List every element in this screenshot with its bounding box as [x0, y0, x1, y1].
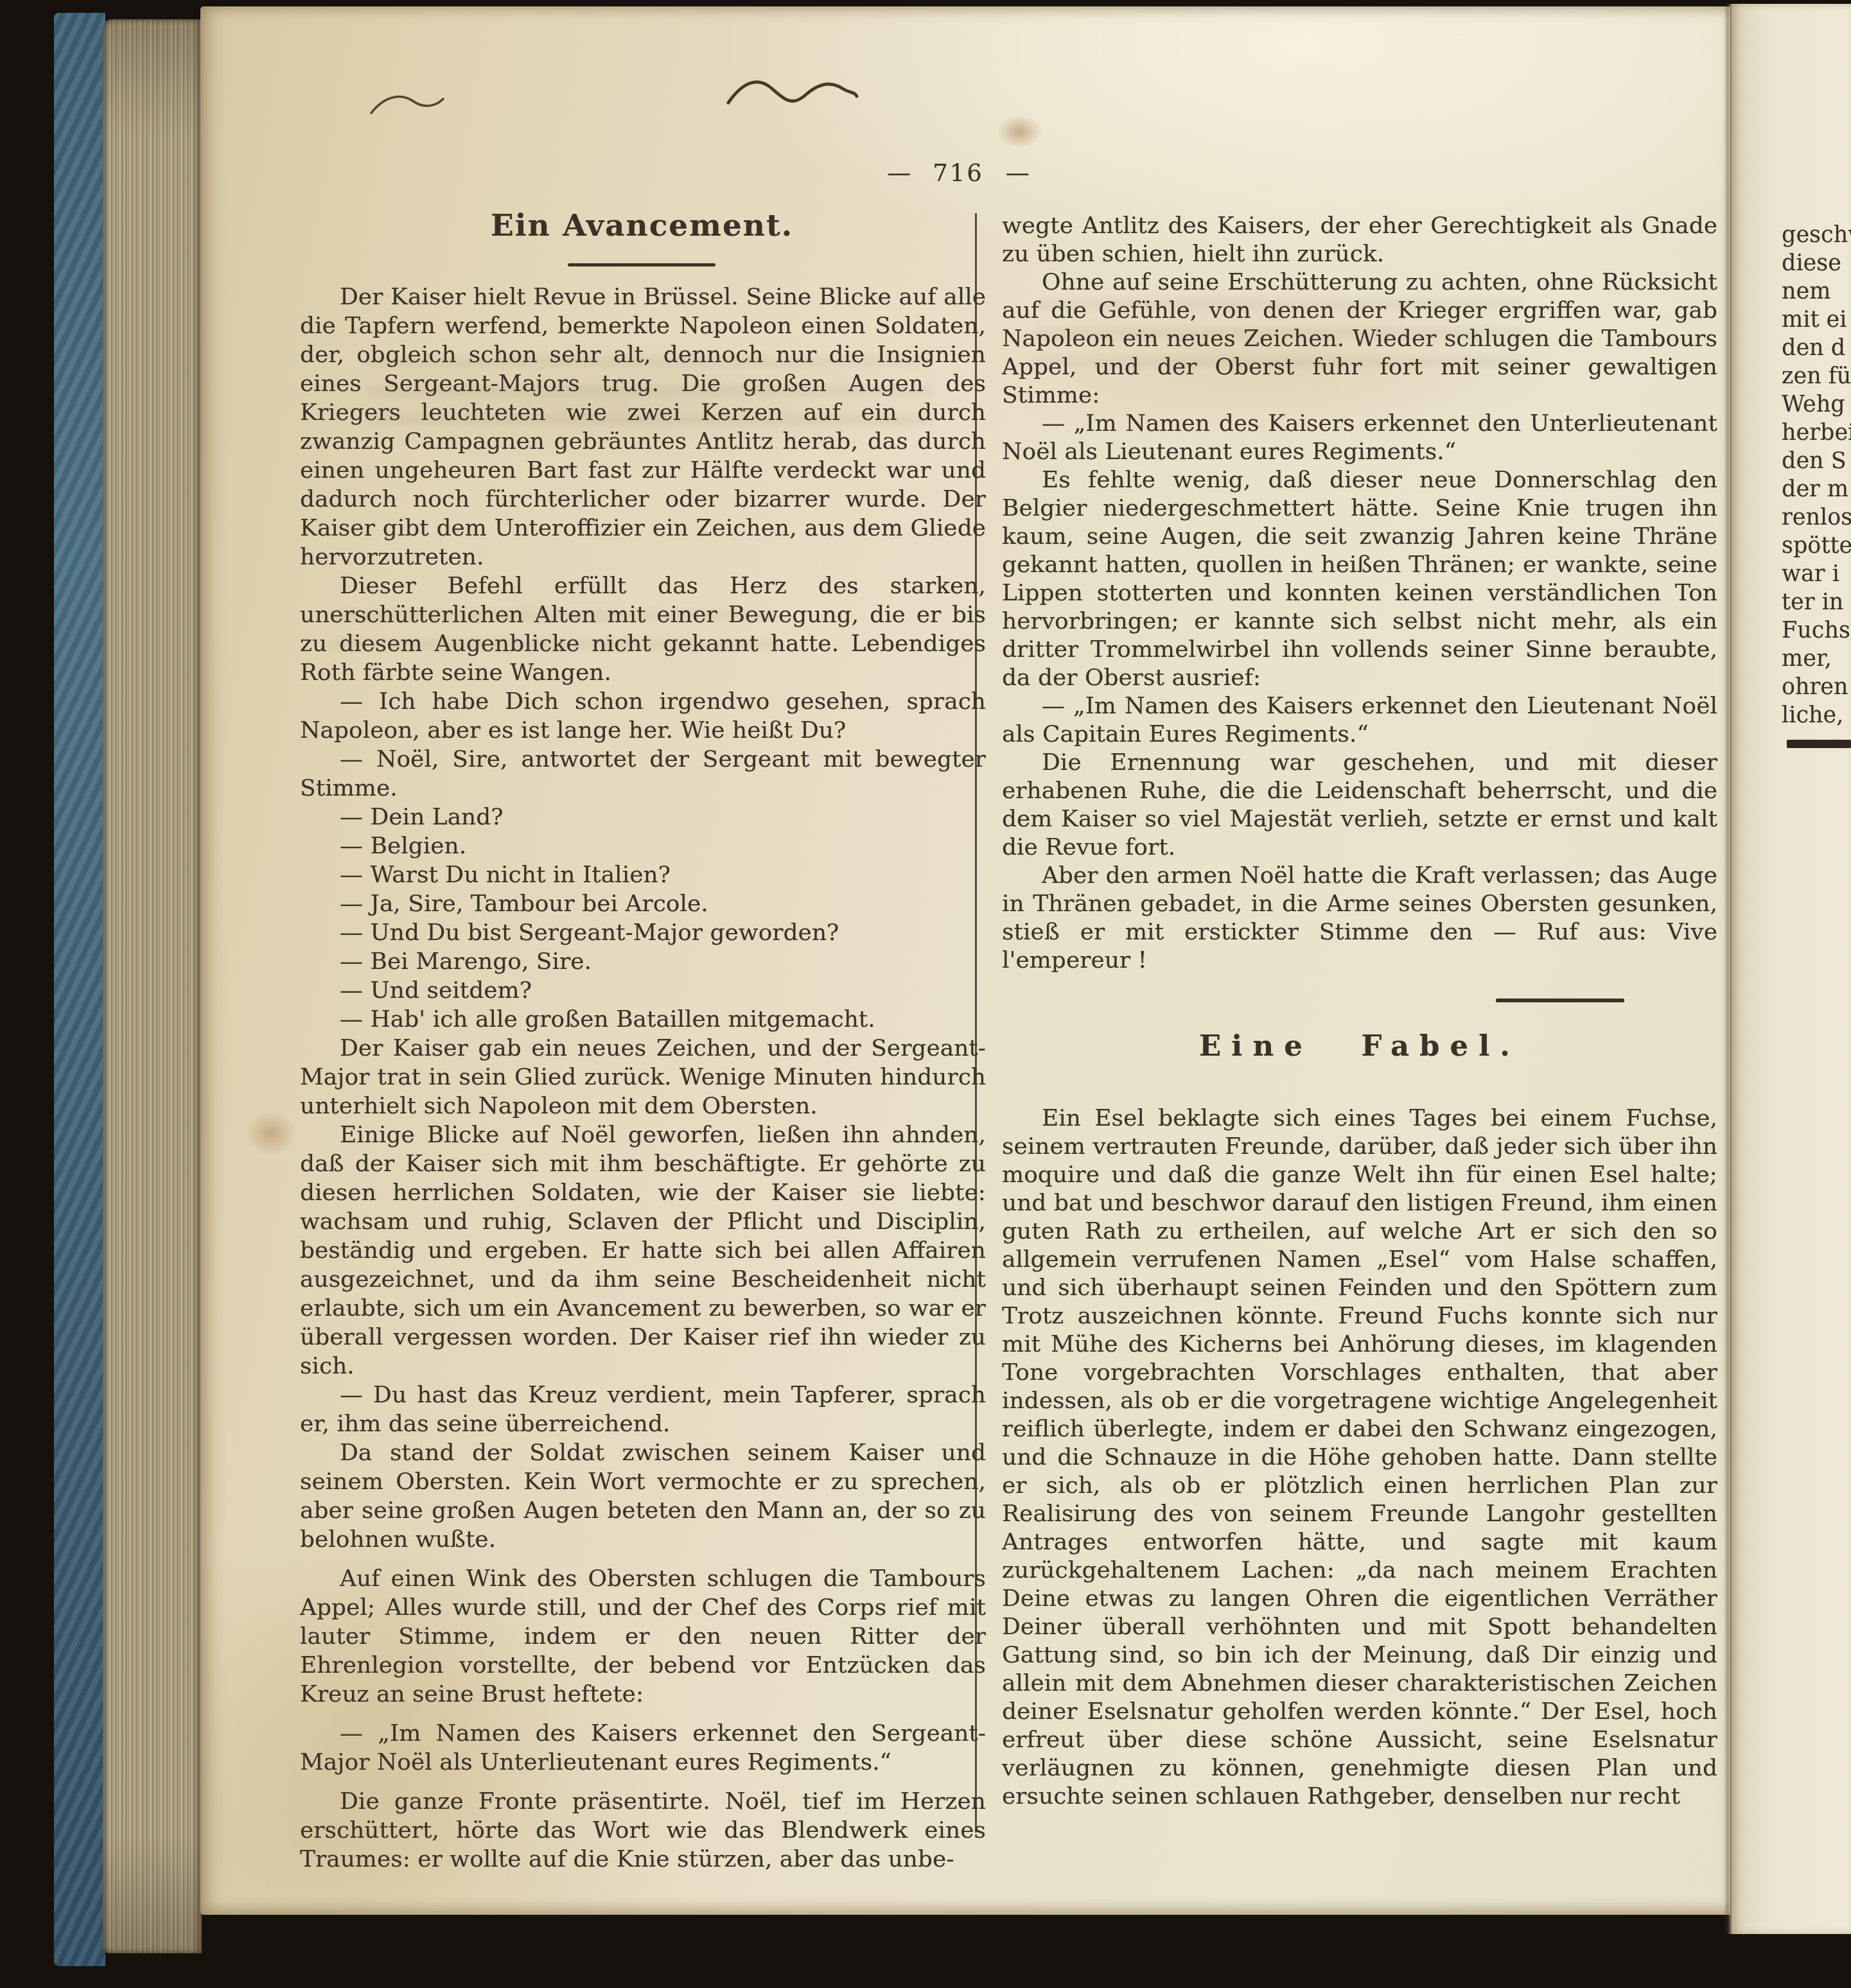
paragraph: — Du hast das Kreuz verdient, mein Tapfe… — [300, 1381, 986, 1438]
fragment-line: der m — [1782, 475, 1851, 503]
stain — [245, 1111, 297, 1156]
paragraph: — „Im Namen des Kaisers erkennet den Ser… — [300, 1719, 986, 1777]
page-header: —716— — [862, 159, 1055, 187]
fragment-line: den d — [1782, 334, 1851, 362]
fragment-line: spötte — [1782, 532, 1851, 560]
paragraph: — Und seitdem? — [300, 976, 986, 1005]
fragment-line: mit ei — [1782, 306, 1851, 334]
paragraph: — Ich habe Dich schon irgendwo gesehen, … — [300, 687, 986, 745]
book-cover-edge — [54, 13, 105, 1966]
next-page-edge: geschwdiesenemmit eiden dzen füWehgherbe… — [1732, 4, 1851, 1934]
book-page: —716— Ein Avancement. Der Kaiser hielt R… — [200, 6, 1730, 1915]
text-column-1: Der Kaiser hielt Revue in Brüssel. Seine… — [300, 283, 986, 1874]
paragraph: Die ganze Fronte präsentirte. Noël, tief… — [300, 1787, 986, 1874]
header-dash-right: — — [1006, 159, 1030, 187]
paragraph: Auf einen Wink des Obersten schlugen die… — [300, 1564, 986, 1709]
paragraph: Ohne auf seine Erschütterung zu achten, … — [1002, 268, 1717, 410]
fragment-line: Wehg — [1782, 390, 1851, 419]
hair-artifact — [724, 69, 859, 121]
paragraph: — Und Du bist Sergeant-Major geworden? — [300, 918, 986, 947]
fragment-line: herbei — [1782, 419, 1851, 447]
paragraph: Aber den armen Noël hatte die Kraft verl… — [1002, 862, 1717, 975]
paragraph: Die Ernennung war geschehen, und mit die… — [1002, 749, 1717, 862]
paragraph: — „Im Namen des Kaisers erkennet den Lie… — [1002, 692, 1717, 749]
paragraph: Dieser Befehl erfüllt das Herz des stark… — [300, 571, 986, 687]
next-page-divider-rule — [1787, 740, 1851, 748]
fragment-line: war i — [1782, 560, 1851, 588]
text-column-2: wegte Antlitz des Kaisers, der eher Gere… — [1002, 212, 1717, 975]
paragraph: Einige Blicke auf Noël geworfen, ließen … — [300, 1120, 986, 1381]
paragraph: Ein Esel beklagte sich eines Tages bei e… — [1002, 1104, 1717, 1811]
paragraph: Es fehlte wenig, daß dieser neue Donners… — [1002, 466, 1717, 692]
fragment-line: geschw — [1782, 221, 1851, 249]
paragraph: — „Im Namen des Kaisers erkennet den Unt… — [1002, 410, 1717, 466]
paragraph: — Belgien. — [300, 832, 986, 860]
scanned-book-photo: —716— Ein Avancement. Der Kaiser hielt R… — [0, 0, 1851, 1988]
fragment-line: zen fü — [1782, 362, 1851, 390]
fragment-line: liche, — [1782, 701, 1851, 729]
title-rule — [568, 263, 715, 266]
fragment-line: renlos — [1782, 503, 1851, 532]
paragraph: — Bei Marengo, Sire. — [300, 947, 986, 976]
section-title: Eine Fabel. — [1002, 1029, 1717, 1063]
stain — [997, 116, 1042, 148]
paragraph: — Warst Du nicht in Italien? — [300, 860, 986, 889]
paragraph: wegte Antlitz des Kaisers, der eher Gere… — [1002, 212, 1717, 268]
fragment-line: mer, — [1782, 645, 1851, 673]
article-title: Ein Avancement. — [300, 208, 984, 243]
header-dash-left: — — [887, 159, 911, 187]
hair-artifact — [369, 87, 446, 119]
fragment-line: nem — [1782, 277, 1851, 306]
section-divider-rule — [1496, 998, 1624, 1002]
paragraph: — Noël, Sire, antwortet der Sergeant mit… — [300, 745, 986, 803]
fragment-line: ter in — [1782, 588, 1851, 616]
paragraph: — Ja, Sire, Tambour bei Arcole. — [300, 889, 986, 918]
fragment-line: den S — [1782, 447, 1851, 475]
paragraph: Der Kaiser hielt Revue in Brüssel. Seine… — [300, 283, 986, 571]
fragment-line: diese — [1782, 249, 1851, 277]
column-divider-rule — [975, 213, 977, 1833]
next-page-text-fragments: geschwdiesenemmit eiden dzen füWehgherbe… — [1782, 221, 1851, 729]
fragment-line: Fuchs — [1782, 616, 1851, 645]
paragraph: — Hab' ich alle großen Bataillen mitgema… — [300, 1005, 986, 1034]
page-fold-crease — [1724, 4, 1732, 1934]
paragraph: Da stand der Soldat zwischen seinem Kais… — [300, 1438, 986, 1554]
text-column-2-fable: Ein Esel beklagte sich eines Tages bei e… — [1002, 1104, 1717, 1811]
paragraph: Der Kaiser gab ein neues Zeichen, und de… — [300, 1034, 986, 1120]
fragment-line: ohren — [1782, 673, 1851, 701]
page-number: 716 — [933, 159, 984, 187]
page-stack-fore-edge — [103, 19, 202, 1953]
paragraph: — Dein Land? — [300, 803, 986, 832]
